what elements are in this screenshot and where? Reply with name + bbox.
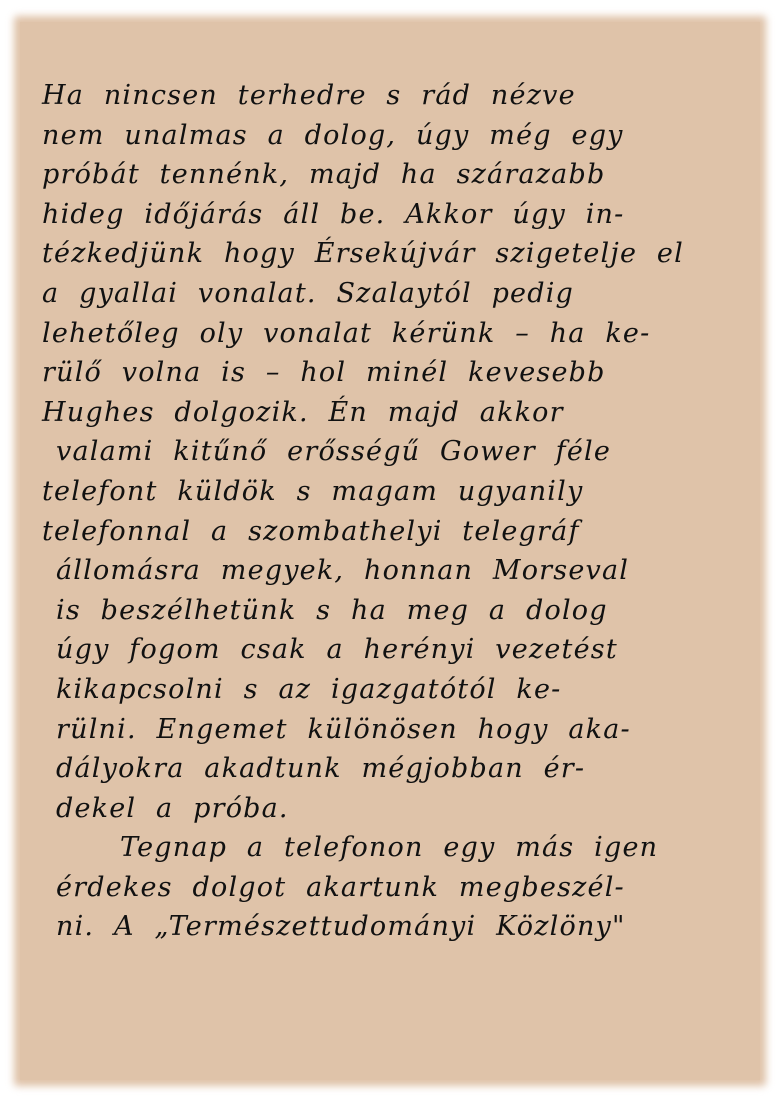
text-line: telefonnal a szombathelyi telegráf [42, 512, 732, 552]
text-line: a gyallai vonalat. Szalaytól pedig [42, 274, 732, 314]
document-page: Ha nincsen terhedre s rád nézve nem unal… [0, 0, 780, 1100]
text-line: lehetőleg oly vonalat kérünk – ha ke- [42, 314, 732, 354]
text-line: próbát tennénk, majd ha szárazabb [42, 155, 732, 195]
text-line: érdekes dolgot akartunk megbeszél- [42, 868, 732, 908]
text-line-paragraph-start: Tegnap a telefonon egy más igen [42, 828, 732, 868]
text-line: ni. A „Természettudományi Közlöny" [42, 907, 732, 947]
text-line: nem unalmas a dolog, úgy még egy [42, 116, 732, 156]
handwritten-text: Ha nincsen terhedre s rád nézve nem unal… [42, 76, 732, 947]
text-line: kikapcsolni s az igazgatótól ke- [42, 670, 732, 710]
text-line: rülő volna is – hol minél kevesebb [42, 353, 732, 393]
text-line: állomásra megyek, honnan Morseval [42, 551, 732, 591]
text-line: is beszélhetünk s ha meg a dolog [42, 591, 732, 631]
text-line: Hughes dolgozik. Én majd akkor [42, 393, 732, 433]
text-line: tézkedjünk hogy Érsekújvár szigetelje el [42, 234, 732, 274]
text-line: dályokra akadtunk mégjobban ér- [42, 749, 732, 789]
text-line: Ha nincsen terhedre s rád nézve [42, 76, 732, 116]
text-line: hideg időjárás áll be. Akkor úgy in- [42, 195, 732, 235]
text-line: rülni. Engemet különösen hogy aka- [42, 710, 732, 750]
text-line: valami kitűnő erősségű Gower féle [42, 432, 732, 472]
text-line: telefont küldök s magam ugyanily [42, 472, 732, 512]
text-line: dekel a próba. [42, 789, 732, 829]
text-line: úgy fogom csak a herényi vezetést [42, 630, 732, 670]
